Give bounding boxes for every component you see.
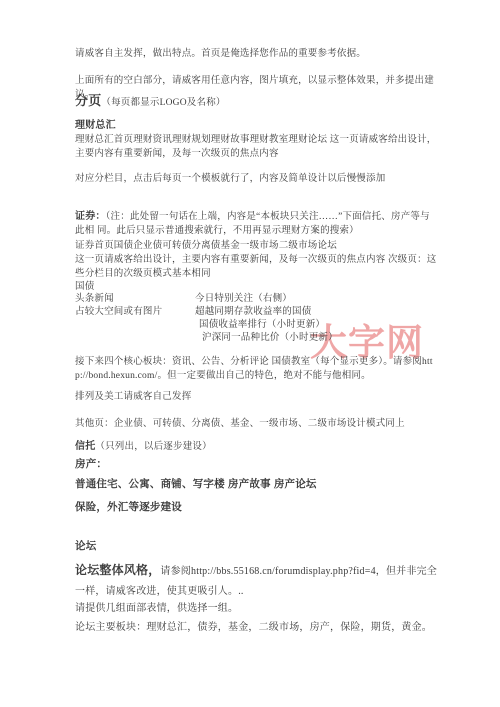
table-cell-right: 国债收益率排行（小时更新） — [195, 319, 325, 333]
core-blocks-paragraph: 接下来四个核心板块：资讯、公告、分析评论 国债教室（每个显示更多）。请参阅htt… — [75, 356, 439, 383]
other-pages-paragraph: 其他页：企业债、可转债、分离债、基金、一级市场、二级市场设计模式同上 — [75, 418, 439, 432]
table-row: 沪深同一品种比价（小时更新） — [75, 332, 439, 346]
luntan-style-heading: 论坛整体风格， — [75, 563, 160, 577]
fangchan-items: 普通住宅、公寓、商铺、写字楼 房产故事 房产论坛 — [75, 478, 439, 492]
zhengquan-paragraph-2: 这一页请威客给出设计，主要内容有重要新闻，及每一次级页的焦点内容 次级页：这些分… — [75, 254, 439, 281]
table-row: 头条新闻今日特别关注（右侧） — [75, 293, 439, 307]
zhengquan-paragraph-1: 证券首页国债企业债可转债分离债基金一级市场二级市场论坛 — [75, 240, 439, 254]
table-cell-right: 沪深同一品种比价（小时更新） — [195, 332, 338, 346]
xintuo-paragraph: 信托（只列出，以后逐步建设） — [75, 440, 439, 455]
document-page: 大字网 请威客自主发挥，做出特点。首页是俺选择您作品的重要参考依据。 上面所有的… — [0, 0, 500, 707]
luntan-boards-paragraph: 论坛主要板块：理财总汇，债券，基金，二级市场，房产，保险，期货，黄金。 — [75, 621, 439, 635]
core-blocks-text: 接下来四个核心板块：资讯、公告、分析评论 国债教室（每个显示更多）。请参阅 — [75, 357, 422, 367]
section-fenye: 分页（每页都显示LOGO及名称） — [75, 94, 439, 111]
core-blocks-text-after: 。但一定要做出自己的特色，绝对不能与他相同。 — [157, 371, 370, 381]
fangchan-heading: 房产： — [75, 458, 439, 472]
table-cell-left: 头条新闻 — [75, 293, 195, 307]
baoxian-paragraph: 保险，外汇等逐步建设 — [75, 501, 439, 515]
intro-paragraph-1: 请威客自主发挥，做出特点。首页是俺选择您作品的重要参考依据。 — [75, 48, 439, 62]
table-cell-right: 超越同期存款收益率的国债 — [195, 306, 311, 320]
luntan-style-paragraph: 论坛整体风格，请参阅http://bbs.55168.cn/forumdispl… — [75, 560, 439, 602]
table-row: 占较大空间或有图片超越同期存款收益率的国债 — [75, 306, 439, 320]
xintuo-heading: 信托 — [75, 441, 95, 452]
table-cell-left: 占较大空间或有图片 — [75, 306, 195, 320]
table-cell-right: 今日特别关注（右侧） — [195, 293, 292, 307]
luntan-expressions-paragraph: 请提供几组面部表情，供选择一组。 — [75, 602, 439, 616]
fenye-note: （每页都显示LOGO及名称） — [101, 98, 225, 108]
luntan-heading: 论坛 — [75, 540, 439, 554]
licai-paragraph-2: 对应分栏目，点击后每页一个模板就行了，内容及简单设计以后慢慢添加 — [75, 173, 439, 187]
luntan-style-text: 请参阅 — [160, 566, 191, 577]
zhengquan-heading: 证券： — [75, 211, 106, 222]
licai-paragraph-1: 理财总汇首页理财资讯理财规划理财故事理财教室理财论坛 这一页请威客给出设计，主要… — [75, 134, 439, 161]
xintuo-note: （只列出，以后逐步建设） — [95, 442, 211, 452]
licai-heading: 理财总汇 — [75, 119, 439, 133]
fenye-heading: 分页 — [75, 93, 101, 108]
zhengquan-note-paragraph: 证券：（注：此处留一句话在上端，内容是“本板块只关注……”下面信托、房产等与此相… — [75, 210, 439, 238]
zhengquan-note: （注：此处留一句话在上端，内容是“本板块只关注……”下面信托、房产等与此相 同。… — [75, 212, 430, 236]
layout-note-paragraph: 排列及美工请威客自己发挥 — [75, 391, 439, 405]
bbs-55168-url: http://bbs.55168.cn/forumdisplay.php?fid… — [191, 566, 376, 577]
table-row: 国债收益率排行（小时更新） — [75, 319, 439, 333]
